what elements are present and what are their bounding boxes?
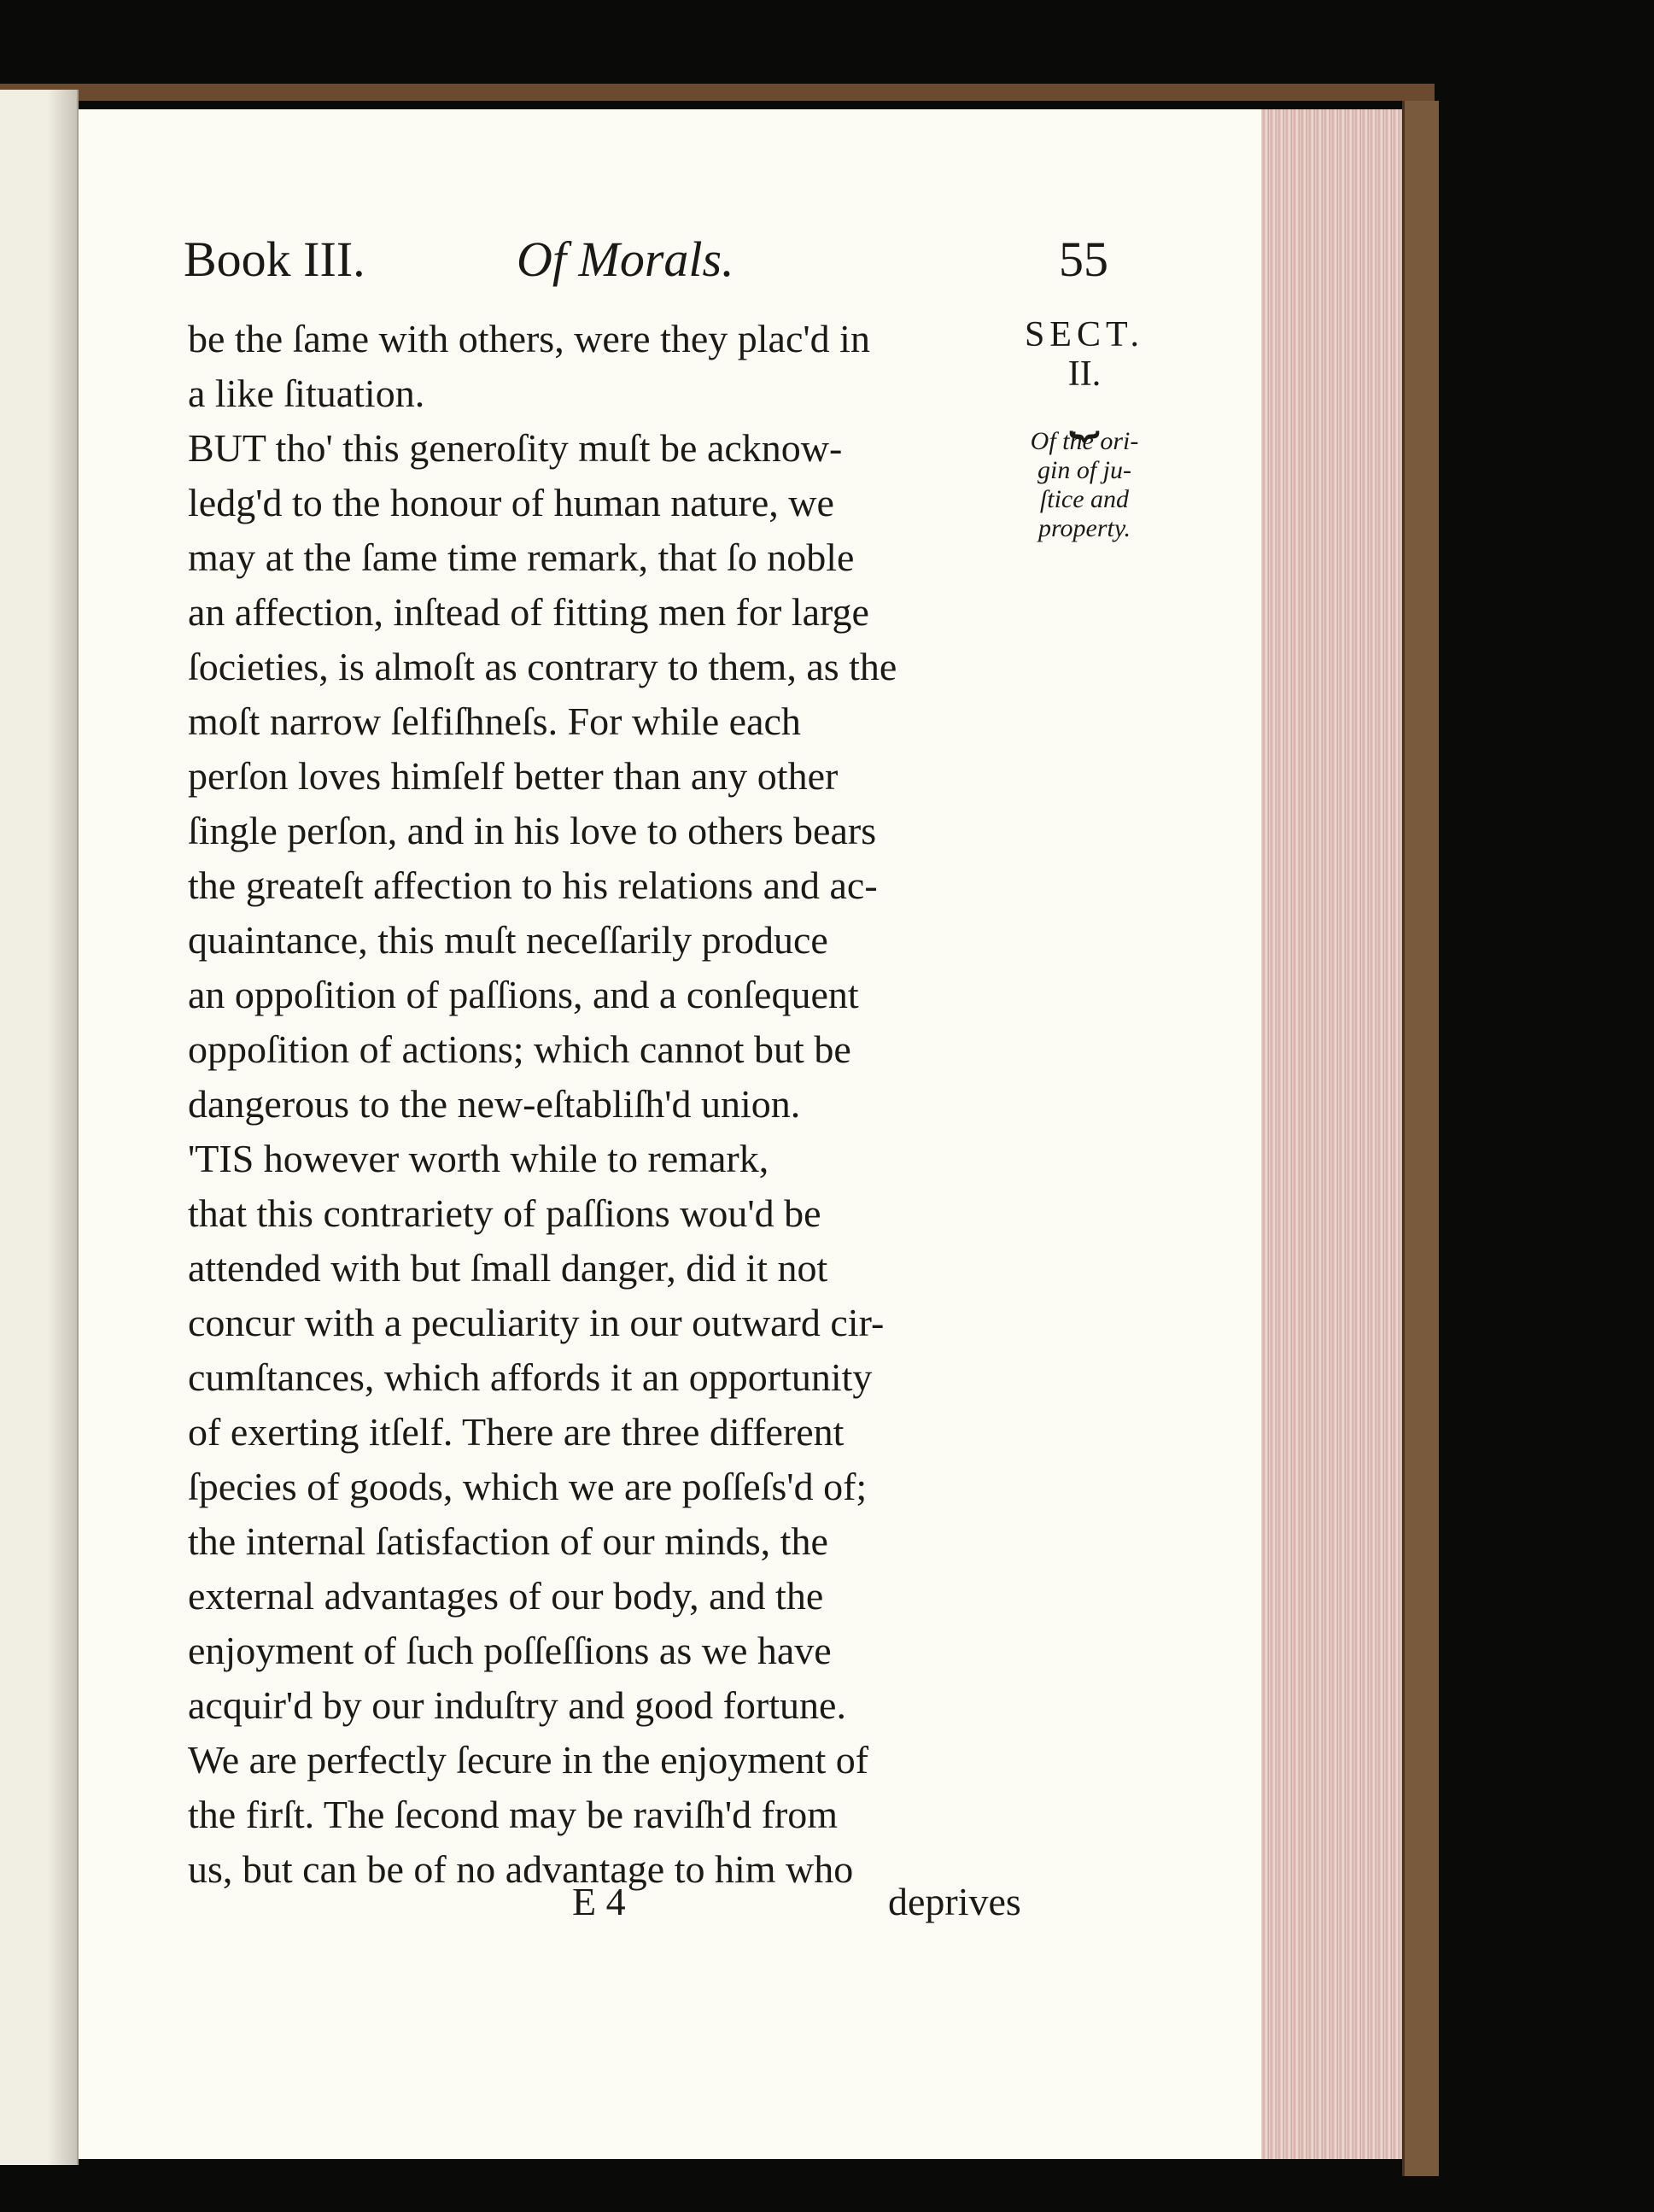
margin-note-line: property. [1012,514,1157,543]
text-line: ſpecies of goods, which we are poſſeſs'd… [188,1460,1042,1514]
text-line: We are perfectly ſecure in the enjoyment… [188,1733,1042,1788]
text-line: of exerting itſelf. There are three diff… [188,1405,1042,1460]
text-line: be the ſame with others, were they plac'… [188,312,1042,366]
chapter-title: Of Morals. [517,231,734,288]
text-line: cumſtances, which affords it an opportun… [188,1350,1042,1405]
page-number: 55 [1059,231,1108,288]
text-line: a like ſituation. [188,366,1042,421]
running-head: Book III. Of Morals. 55 [184,231,1123,299]
margin-note-line: Of the ori- [1012,427,1157,456]
text-line: the greateſt affection to his relations … [188,858,1042,913]
text-line: that this contrariety of paſſions wou'd … [188,1186,1042,1241]
body-text: be the ſame with others, were they plac'… [188,312,1042,1897]
book-cover-edge [0,84,1435,101]
text-line: the internal ſatisfaction of our minds, … [188,1514,1042,1569]
catchword: deprives [888,1879,1021,1924]
text-line: the firſt. The ſecond may be raviſh'd fr… [188,1788,1042,1842]
text-line: BUT tho' this generoſity muſt be acknow- [188,421,1042,476]
section-label: SECT. [1012,314,1157,355]
book-label: Book III. [184,231,365,288]
margin-note: SECT. II. ⏟ Of the ori- gin of ju- ſtice… [1012,314,1157,543]
text-line: ledg'd to the honour of human nature, we [188,476,1042,530]
margin-note-line: ſtice and [1012,485,1157,514]
text-line: moſt narrow ſelfiſhneſs. For while each [188,694,1042,749]
gutter-shadow [47,90,79,2165]
text-line: quaintance, this muſt neceſſarily produc… [188,913,1042,968]
text-line: acquir'd by our induſtry and good fortun… [188,1678,1042,1733]
text-line: perſon loves himſelf better than any oth… [188,749,1042,804]
text-line: concur with a peculiarity in our outward… [188,1296,1042,1350]
signature-mark: E 4 [572,1879,626,1924]
text-line: may at the ſame time remark, that ſo nob… [188,530,1042,585]
text-line: an oppoſition of paſſions, and a conſequ… [188,968,1042,1022]
book-binding [1402,101,1439,2176]
text-line: ſocieties, is almoſt as contrary to them… [188,640,1042,694]
text-line: oppoſition of actions; which cannot but … [188,1022,1042,1077]
text-line: ſingle perſon, and in his love to others… [188,804,1042,858]
page-fore-edge [1261,109,1402,2159]
text-line: enjoyment of ſuch poſſeſſions as we have [188,1624,1042,1678]
brace-ornament-icon: ⏟ [1012,393,1157,427]
text-line: dangerous to the new-eſtabliſh'd union. [188,1077,1042,1132]
text-line: external advantages of our body, and the [188,1569,1042,1624]
margin-note-line: gin of ju- [1012,456,1157,485]
text-line: 'TIS however worth while to remark, [188,1132,1042,1186]
text-line: an affection, inſtead of fitting men for… [188,585,1042,640]
text-line: attended with but ſmall danger, did it n… [188,1241,1042,1296]
